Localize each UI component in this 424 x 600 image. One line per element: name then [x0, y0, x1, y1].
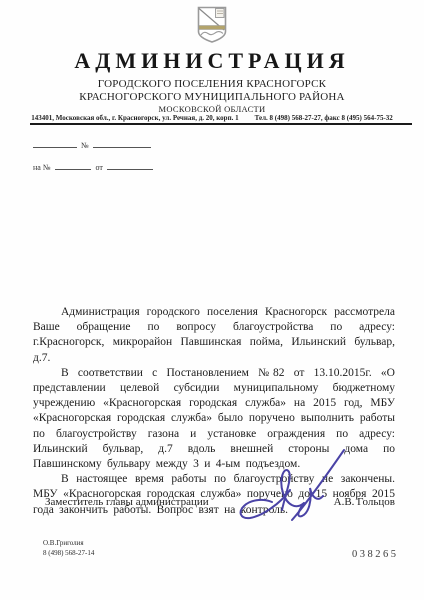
- coat-of-arms-icon: [196, 6, 228, 44]
- executor-phone: 8 (498) 568-27-14: [43, 549, 94, 559]
- organization-title: АДМИНИСТРАЦИЯ: [0, 48, 424, 74]
- organization-subtitle-2: КРАСНОГОРСКОГО МУНИЦИПАЛЬНОГО РАЙОНА: [0, 91, 424, 103]
- organization-subtitle-3: МОСКОВСКОЙ ОБЛАСТИ: [0, 104, 424, 114]
- outgoing-reference-line: №: [33, 139, 151, 150]
- scanned-letter-page: АДМИНИСТРАЦИЯ ГОРОДСКОГО ПОСЕЛЕНИЯ КРАСН…: [0, 0, 424, 600]
- handwritten-signature-icon: [232, 448, 350, 534]
- letterhead-contact-line: 143401, Московская обл., г. Красногорск,…: [0, 114, 424, 122]
- registration-stamp-number: 038265: [352, 549, 399, 560]
- from-label: от: [95, 163, 102, 172]
- body-paragraph: Администрация городского поселения Красн…: [33, 305, 395, 366]
- date-blank-line: [33, 139, 77, 148]
- number-sign-label: №: [81, 141, 89, 150]
- signer-name: А.В. Гольцов: [0, 496, 395, 508]
- letterhead-divider: [30, 123, 412, 125]
- executor-block: О.В.Григолия 8 (498) 568-27-14: [43, 539, 94, 558]
- incoming-reference-line: на №от: [33, 161, 153, 172]
- letterhead-phone: Тел. 8 (498) 568-27-27, факс 8 (495) 564…: [255, 114, 393, 122]
- executor-name: О.В.Григолия: [43, 539, 94, 549]
- organization-subtitle-1: ГОРОДСКОГО ПОСЕЛЕНИЯ КРАСНОГОРСК: [0, 78, 424, 90]
- on-number-label: на №: [33, 163, 50, 172]
- incoming-date-blank-line: [107, 161, 153, 170]
- letterhead-address: 143401, Московская обл., г. Красногорск,…: [31, 114, 238, 122]
- number-blank-line: [93, 139, 151, 148]
- incoming-number-blank-line: [55, 161, 91, 170]
